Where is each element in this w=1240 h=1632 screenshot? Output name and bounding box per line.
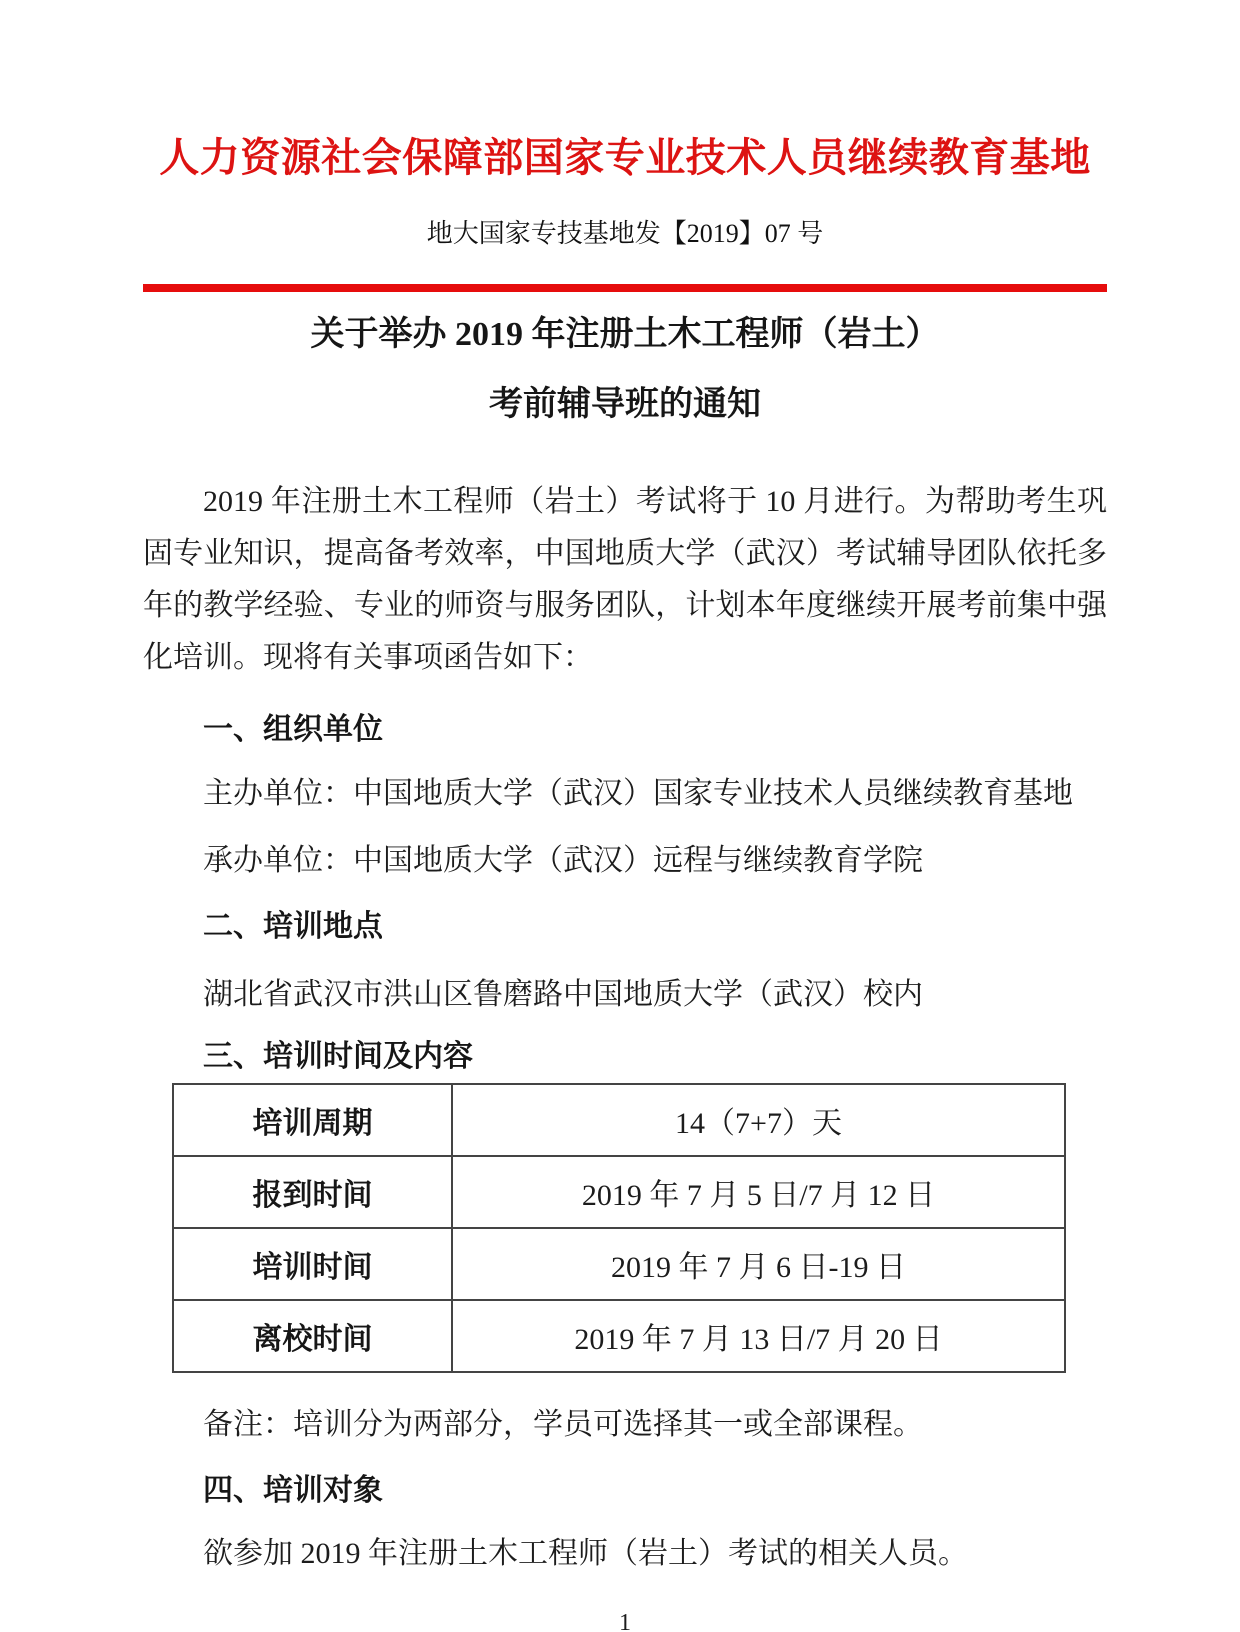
table-row: 报到时间 2019 年 7 月 5 日/7 月 12 日 (173, 1156, 1065, 1228)
organizer-unit-line: 承办单位：中国地质大学（武汉）远程与继续教育学院 (203, 835, 1107, 887)
row-value-training-cycle: 14（7+7）天 (452, 1084, 1065, 1156)
host-unit-line: 主办单位：中国地质大学（武汉）国家专业技术人员继续教育基地 (203, 768, 1107, 820)
table-row: 离校时间 2019 年 7 月 13 日/7 月 20 日 (173, 1300, 1065, 1372)
org-title: 人力资源社会保障部国家专业技术人员继续教育基地 (143, 132, 1107, 184)
section-4-heading: 四、培训对象 (203, 1465, 1107, 1517)
red-divider-rule (143, 284, 1107, 292)
section-1-heading: 一、组织单位 (203, 704, 1107, 756)
row-value-departure-time: 2019 年 7 月 13 日/7 月 20 日 (452, 1300, 1065, 1372)
row-label-training-cycle: 培训周期 (173, 1084, 452, 1156)
section-2-heading: 二、培训地点 (203, 901, 1107, 953)
training-schedule-table: 培训周期 14（7+7）天 报到时间 2019 年 7 月 5 日/7 月 12… (172, 1083, 1066, 1373)
section-3-heading: 三、培训时间及内容 (203, 1031, 1107, 1083)
row-label-training-time: 培训时间 (173, 1228, 452, 1300)
notice-title-line1: 关于举办 2019 年注册土木工程师（岩土） (143, 300, 1107, 370)
document-number: 地大国家专技基地发【2019】07 号 (143, 214, 1107, 254)
table-row: 培训时间 2019 年 7 月 6 日-19 日 (173, 1228, 1065, 1300)
row-value-checkin-time: 2019 年 7 月 5 日/7 月 12 日 (452, 1156, 1065, 1228)
intro-paragraph: 2019 年注册土木工程师（岩土）考试将于 10 月进行。为帮助考生巩固专业知识… (143, 476, 1107, 684)
training-audience-line: 欲参加 2019 年注册土木工程师（岩土）考试的相关人员。 (203, 1528, 1107, 1580)
document-page: 人力资源社会保障部国家专业技术人员继续教育基地 地大国家专技基地发【2019】0… (0, 0, 1240, 1632)
notice-title-line2: 考前辅导班的通知 (143, 370, 1107, 440)
notice-title: 关于举办 2019 年注册土木工程师（岩土） 考前辅导班的通知 (143, 300, 1107, 440)
training-location-line: 湖北省武汉市洪山区鲁磨路中国地质大学（武汉）校内 (203, 969, 1107, 1021)
row-value-training-time: 2019 年 7 月 6 日-19 日 (452, 1228, 1065, 1300)
row-label-checkin-time: 报到时间 (173, 1156, 452, 1228)
page-number: 1 (143, 1608, 1107, 1632)
table-row: 培训周期 14（7+7）天 (173, 1084, 1065, 1156)
row-label-departure-time: 离校时间 (173, 1300, 452, 1372)
table-note-line: 备注：培训分为两部分，学员可选择其一或全部课程。 (203, 1399, 1107, 1451)
